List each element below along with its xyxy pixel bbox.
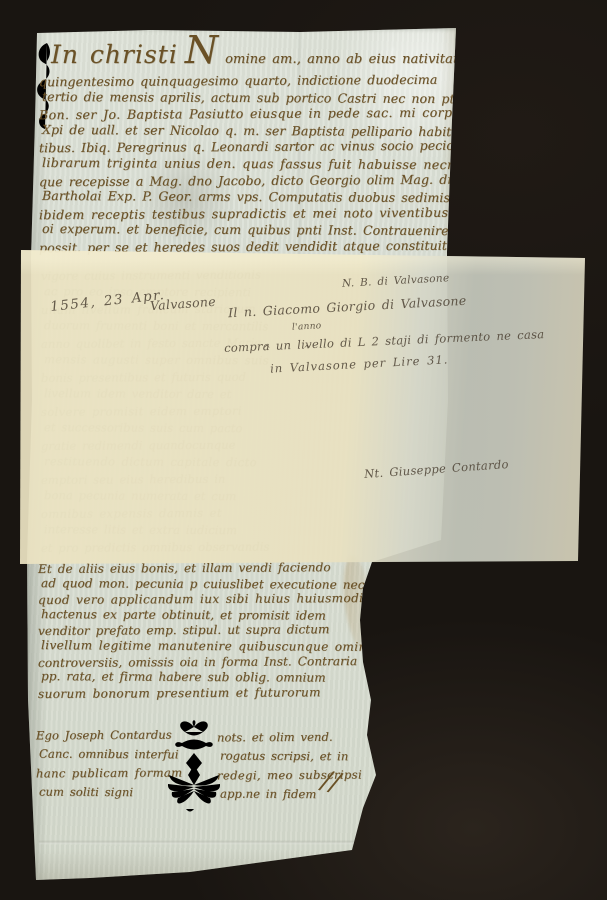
- notary-signature: Nt. Giuseppe Contardo: [364, 457, 509, 481]
- opening-initial: N: [185, 40, 218, 60]
- notarial-sign-icon: [161, 713, 227, 817]
- lower-text-block: Et de aliis eius bonis, et illam vendi f…: [38, 561, 366, 701]
- manuscript-line: pp. rata, et firma habere sub oblig. omn…: [38, 669, 366, 686]
- manuscript-line: venditor prefato emp. stipul. ut supra d…: [38, 622, 366, 640]
- attestation-line: nots. et olim vend.: [217, 728, 367, 748]
- manuscript-line: Bon. ser Jo. Baptista Pasiutto eiusque i…: [39, 105, 451, 124]
- paper-slip-overlay: N. B. di Valvasone 1554, 23 Apr. Valvaso…: [20, 249, 586, 565]
- manuscript-photo: In christi N omine am., anno ab eius nat…: [0, 0, 607, 900]
- attestation-left-column: Ego Joseph ContardusCanc. omnibus interf…: [36, 726, 176, 802]
- manuscript-line: suorum bonorum presentium et futurorum: [38, 685, 366, 703]
- attestation-line: redegi, meo subscripsi: [217, 766, 367, 786]
- date-annotation: 1554, 23 Apr.: [49, 287, 166, 315]
- attestation-line: rogatus scripsi, et in: [217, 747, 367, 767]
- upper-text-block: quingentesimo quinquagesimo quarto, indi…: [39, 73, 451, 256]
- party-annotation: Il n. Giacomo Giorgio di Valvasone: [228, 293, 467, 320]
- attestation-line: cum soliti signi: [36, 783, 176, 803]
- attestation-line: hanc publicam formam: [36, 764, 176, 784]
- summary-annotation: compra un livello di L 2 staji di formen…: [224, 327, 545, 355]
- archive-note: N. B. di Valvasone: [342, 272, 450, 290]
- attestation-line: Ego Joseph Contardus: [36, 726, 176, 746]
- manuscript-line: livellum legitime manutenire quibuscunqu…: [38, 638, 366, 655]
- opening-rest: omine am., anno ab eius nativitate mille: [225, 52, 505, 67]
- place-annotation: Valvasone: [150, 294, 217, 314]
- insertion-annotation: l'anno: [292, 321, 322, 333]
- opening-line: In christi N omine am., anno ab eius nat…: [51, 40, 505, 69]
- manuscript-line: librarum triginta unius den. quas fassus…: [39, 155, 451, 174]
- manuscript-line: quingentesimo quinquagesimo quarto, indi…: [39, 72, 451, 91]
- attestation-right-column: nots. et olim vend.rogatus scripsi, et i…: [217, 728, 367, 804]
- attestation-line: Canc. omnibus interfui: [36, 745, 176, 765]
- opening-words: In christi: [51, 40, 178, 69]
- price-annotation: in Valvasone per Lire 31.: [270, 352, 449, 375]
- manuscript-line: quod vero applicandum iux sibi huius hui…: [38, 591, 366, 609]
- attestation-line: app.ne in fidem: [217, 785, 367, 805]
- manuscript-line: Bartholai Exp. P. Geor. arms vps. Comput…: [39, 188, 451, 207]
- fold-line: [39, 841, 355, 844]
